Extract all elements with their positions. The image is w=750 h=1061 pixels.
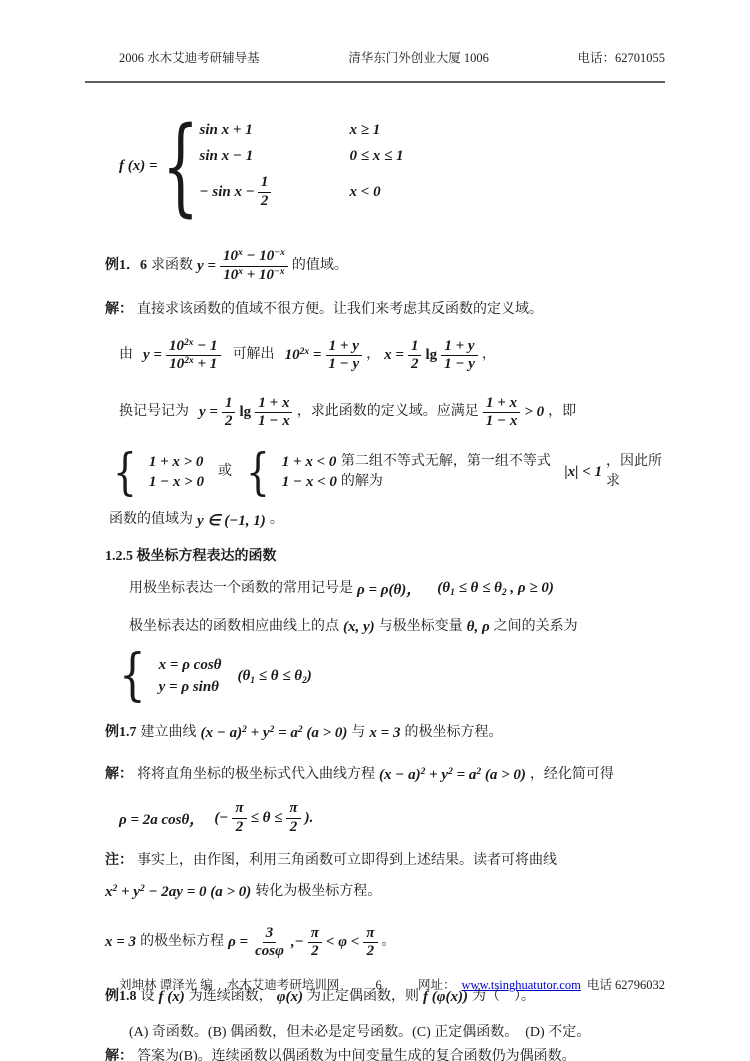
text-you: 由 [119, 345, 133, 365]
numerator: 1 [258, 174, 272, 192]
rho-result-line: ρ = 2a cosθ， (− π 2 ≤ θ ≤ π 2 ). [119, 794, 667, 842]
numerator: 1 + x [255, 395, 292, 413]
polar-relation-paragraph: 极坐标表达的函数相应曲线上的点 (x, y) 与极坐标变量 θ, ρ 之间的关系… [105, 617, 667, 637]
solution-1-7: 解： 将将直角坐标的极坐标式代入曲线方程 (x − a)2 + y2 = a2 … [105, 762, 667, 788]
note-label: 注： [105, 851, 133, 871]
text-or: 或 [218, 462, 232, 482]
left-brace: { [113, 452, 137, 493]
x-equals-3: x = 3 [369, 725, 400, 742]
xy-point: (x, y) [343, 619, 375, 636]
example-label: 例1.7 [105, 723, 137, 743]
inequality: 1 + x < 0 [282, 454, 337, 471]
numerator: π [232, 800, 246, 818]
numerator: 1 [408, 338, 422, 356]
period: 。 [382, 932, 396, 952]
piecewise-rows: sin x + 1 x ≥ 1 sin x − 1 0 ≤ x ≤ 1 − si… [200, 122, 404, 210]
lg-operator: lg [425, 347, 437, 364]
footer-site-name: 水木艾迪考研培训网 [227, 975, 340, 993]
fraction-half: 1 2 [408, 338, 422, 374]
text-range-is: 函数的值域为 [109, 510, 193, 530]
solution-1-6: 解： 直接求该函数的值域不很方便。让我们来考虑其反函数的定义域。 [105, 300, 667, 320]
example-lead-text: 求函数 [151, 256, 193, 276]
denominator: 1 − x [255, 413, 293, 430]
fraction-pi-2: π 2 [286, 800, 300, 836]
piecewise-cond: x < 0 [350, 184, 381, 201]
fraction: 10x − 10−x 10x + 10−x [220, 248, 288, 284]
inequality: 1 − x < 0 [282, 474, 337, 491]
range-result-line: 函数的值域为 y ∈ (−1, 1) 。 [109, 510, 667, 530]
denominator: 10x + 10−x [220, 267, 287, 284]
solution-label: 解： [105, 300, 133, 320]
system-1: 1 + x > 0 1 − x > 0 [149, 454, 204, 491]
theta-range: (θ1 ≤ θ ≤ θ2) [237, 668, 311, 685]
y-equals: y = [199, 404, 218, 421]
header-divider [85, 81, 665, 83]
solution-text: 直接求该函数的值域不很方便。让我们来考虑其反函数的定义域。 [137, 300, 543, 320]
options-line: (A) 奇函数。(B) 偶函数，但未必是定号函数。(C) 正定偶函数。 (D) … [105, 1023, 667, 1043]
x-equation: x = ρ cosθ [159, 657, 222, 674]
piecewise-row: − sin x − 1 2 x < 0 [200, 174, 404, 210]
expr-prefix: − sin x − [200, 184, 255, 201]
footer-website-link[interactable]: www.tsinghuatutor.com [462, 978, 581, 993]
greater-than-zero: > 0 [524, 404, 544, 421]
fraction-pi-2: π 2 [232, 800, 246, 836]
solution-text: 将将直角坐标的极坐标式代入曲线方程 [137, 765, 375, 785]
numerator: 1 + x [483, 395, 520, 413]
piecewise-row: sin x + 1 x ≥ 1 [200, 122, 404, 139]
numerator: 1 + y [326, 338, 362, 356]
inequality: 1 − x > 0 [149, 474, 204, 491]
open-paren-minus: (− [214, 810, 228, 827]
fraction: 1 2 [258, 174, 272, 210]
power-equals: 102x = [285, 347, 322, 364]
example-1-6-heading: 例1．6 求函数 y = 10x − 10−x 10x + 10−x 的值域。 [105, 242, 667, 290]
text-polar-of: 的极坐标方程。 [404, 723, 502, 743]
footer-phone: 电话 62796032 [587, 975, 665, 993]
piecewise-cond: 0 ≤ x ≤ 1 [350, 148, 404, 165]
denominator: 2 [222, 413, 236, 430]
text-polar-equation: 的极坐标方程 [140, 932, 224, 952]
numerator: π [363, 925, 377, 943]
rho-equation: ρ = 2a cosθ， [119, 808, 204, 829]
page-number: 6 [376, 978, 382, 993]
fraction: 1 + y 1 − y [325, 338, 362, 374]
numerator: π [286, 800, 300, 818]
fraction-pi-2: π 2 [363, 925, 377, 961]
note-paragraph: 注： 事实上，由作图，利用三角函数可立即得到上述结果。读者可将曲线 [105, 851, 667, 871]
fraction-half: 1 2 [222, 395, 236, 431]
options-text: (A) 奇函数。(B) 偶函数，但未必是定号函数。(C) 正定偶函数。 (D) … [129, 1023, 590, 1043]
note-curve-line: x2 + y2 − 2ay = 0 (a > 0) 转化为极坐标方程。 [105, 879, 667, 905]
polar-equations: x = ρ cosθ y = ρ sinθ [159, 657, 222, 696]
denominator: 2 [233, 819, 247, 836]
denominator: 2 [308, 943, 322, 960]
denominator: 2 [408, 356, 422, 373]
text-polar-notation: 用极坐标表达一个函数的常用记号是 [129, 579, 353, 599]
text-therefore: ，因此所求 [606, 452, 667, 493]
circle-equation: (x − a)2 + y2 = a2 (a > 0) [201, 725, 348, 742]
numerator: 102x − 1 [166, 338, 221, 356]
solution-label: 解： [105, 765, 133, 785]
piecewise-row: sin x − 1 0 ≤ x ≤ 1 [200, 148, 404, 165]
lg-operator: lg [239, 404, 251, 421]
header-course-title: 2006 水木艾迪考研辅导基 [119, 48, 260, 66]
note-text: 事实上，由作图，利用三角函数可立即得到上述结果。读者可将曲线 [137, 851, 557, 871]
solution-text: 答案为(B)。连续函数以偶函数为中间变量生成的复合函数仍为偶函数。 [137, 1047, 576, 1061]
formula-piecewise-fx: f (x) = { sin x + 1 x ≥ 1 sin x − 1 0 ≤ … [119, 106, 667, 226]
theta-rho: θ, ρ [467, 619, 490, 636]
denominator: 102x + 1 [166, 356, 220, 373]
page-header: 2006 水木艾迪考研辅导基 清华东门外创业大厦 1006 电话：6270105… [85, 48, 665, 66]
text-build-curve: 建立曲线 [141, 723, 197, 743]
rho-equals: ρ = [228, 934, 248, 951]
fraction: 1 + x 1 − x [483, 395, 521, 431]
denominator: 1 − x [483, 413, 521, 430]
denominator: 2 [258, 193, 272, 210]
curve-equation: x2 + y2 − 2ay = 0 (a > 0) [105, 884, 251, 901]
solution-label: 解： [105, 1047, 133, 1061]
polar-notation-paragraph: 用极坐标表达一个函数的常用记号是 ρ = ρ(θ)， (θ1 ≤ θ ≤ θ2 … [105, 576, 667, 602]
example-label: 例1．6 [105, 256, 147, 276]
formula-lhs: f (x) = [119, 158, 158, 175]
period: 。 [270, 510, 284, 530]
denominator: 1 − y [325, 356, 362, 373]
numerator: π [308, 925, 322, 943]
piecewise-expr: sin x − 1 [200, 148, 350, 165]
footer-url-label: 网址： [418, 975, 456, 993]
text-with-variables: 与极坐标变量 [379, 617, 463, 637]
text-solve: 可解出 [233, 345, 275, 365]
footer-authors: 刘坤林 谭泽光 编 [119, 975, 213, 993]
derivation-line-1: 由 y = 102x − 1 102x + 1 可解出 102x = 1 + y… [119, 328, 667, 382]
left-brace: { [246, 452, 270, 493]
comma: ， [482, 345, 496, 365]
header-address: 清华东门外创业大厦 1006 [348, 48, 489, 66]
numerator: 10x − 10−x [220, 248, 288, 266]
system-2: 1 + x < 0 1 − x < 0 [282, 454, 337, 491]
circle-equation: (x − a)2 + y2 = a2 (a > 0) [379, 767, 526, 784]
left-brace: { [119, 653, 146, 699]
close-paren: ). [305, 810, 314, 827]
y-equals: y = [143, 347, 162, 364]
text-relation-is: 之间的关系为 [494, 617, 578, 637]
text-rename: 换记号记为 [119, 402, 189, 422]
denominator: cosφ [252, 943, 287, 960]
numerator: 3 [263, 925, 277, 943]
y-equals: y = [197, 258, 216, 275]
numerator: 1 + y [441, 338, 477, 356]
fraction: 1 + x 1 − x [255, 395, 293, 431]
x-equals-3: x = 3 [105, 934, 136, 951]
page-footer: 刘坤林 谭泽光 编 水木艾迪考研培训网 6 网址： www.tsinghuatu… [85, 975, 665, 993]
example-1-7-heading: 例1.7 建立曲线 (x − a)2 + y2 = a2 (a > 0) 与 x… [105, 720, 667, 746]
text-polar-curve-point: 极坐标表达的函数相应曲线上的点 [129, 617, 339, 637]
x-equals: x = [384, 347, 404, 364]
inequality-systems-line: { 1 + x > 0 1 − x > 0 或 { 1 + x < 0 1 − … [113, 444, 667, 500]
piecewise-expr: sin x + 1 [200, 122, 350, 139]
solution-tail: ，经化简可得 [530, 765, 614, 785]
denominator: 2 [364, 943, 378, 960]
x3-polar-line: x = 3 的极坐标方程 ρ = 3 cosφ ,− π 2 < φ < π 2… [105, 916, 667, 968]
section-title-text: 1.2.5 极坐标方程表达的函数 [105, 547, 277, 567]
derivation-line-2: 换记号记为 y = 1 2 lg 1 + x 1 − x ，求此函数的定义域。应… [119, 384, 667, 440]
text-domain: ，求此函数的定义域。应满足 [297, 402, 479, 422]
numerator: 1 [222, 395, 236, 413]
theta-between: ≤ θ ≤ [251, 810, 283, 827]
rho-equation: ρ = ρ(θ)， [357, 578, 421, 599]
fraction-3-cos: 3 cosφ [252, 925, 287, 961]
comma: ， [366, 345, 380, 365]
example-tail-text: 的值域。 [292, 256, 348, 276]
text-namely: ，即 [548, 402, 576, 422]
theta-condition: (θ1 ≤ θ ≤ θ2 , ρ ≥ 0) [437, 580, 554, 597]
solution-1-8: 解： 答案为(B)。连续函数以偶函数为中间变量生成的复合函数仍为偶函数。 [105, 1047, 667, 1061]
footer-contact: 网址： www.tsinghuatutor.com 电话 62796032 [418, 975, 665, 993]
piecewise-cond: x ≥ 1 [350, 122, 381, 139]
document-body: f (x) = { sin x + 1 x ≥ 1 sin x − 1 0 ≤ … [105, 92, 667, 1061]
denominator: 2 [287, 819, 301, 836]
comma-minus: ,− [291, 934, 304, 951]
left-brace: { [162, 123, 179, 210]
abs-x-lt-1: |x| < 1 [564, 464, 602, 481]
fraction: 1 + y 1 − y [441, 338, 478, 374]
phi-between: < φ < [326, 934, 359, 951]
header-phone: 电话：62701055 [577, 48, 665, 66]
note-tail: 转化为极坐标方程。 [255, 882, 381, 902]
denominator: 1 − y [441, 356, 478, 373]
section-heading-1-2-5: 1.2.5 极坐标方程表达的函数 [105, 547, 667, 567]
piecewise-expr: − sin x − 1 2 [200, 174, 350, 210]
inequality: 1 + x > 0 [149, 454, 204, 471]
polar-coordinate-system: { x = ρ cosθ y = ρ sinθ (θ1 ≤ θ ≤ θ2) [119, 647, 667, 705]
text-no-solution: 第二组不等式无解，第一组不等式的解为 [341, 452, 560, 493]
fraction-pi-2: π 2 [308, 925, 322, 961]
fraction: 102x − 1 102x + 1 [166, 338, 221, 374]
text-and: 与 [351, 723, 365, 743]
y-equation: y = ρ sinθ [159, 679, 222, 696]
range-math: y ∈ (−1, 1) [197, 511, 266, 530]
